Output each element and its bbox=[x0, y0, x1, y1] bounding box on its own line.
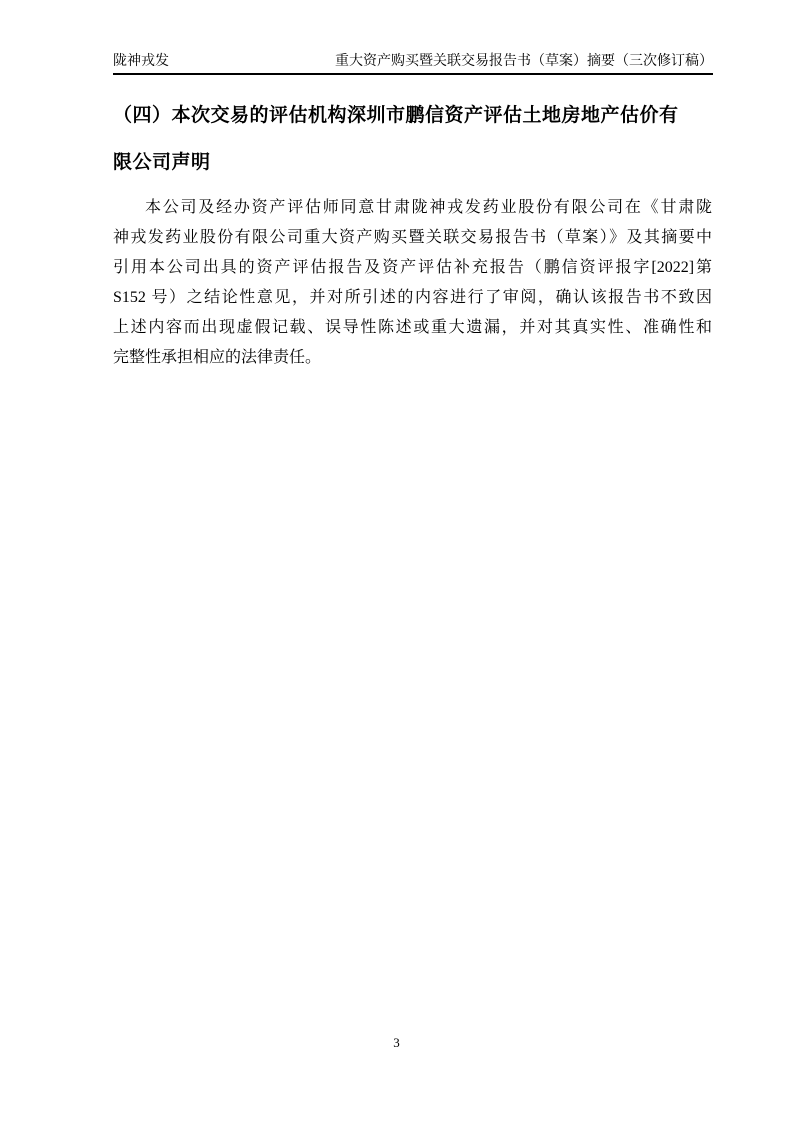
paragraph-line: 引用本公司出具的资产评估报告及资产评估补充报告（鹏信资评报字[2022]第 bbox=[113, 253, 712, 283]
page-number: 3 bbox=[0, 1034, 793, 1052]
section-heading-line: 限公司声明 bbox=[113, 139, 713, 186]
paragraph-line: 神戎发药业股份有限公司重大资产购买暨关联交易报告书（草案）》及其摘要中 bbox=[113, 223, 712, 253]
document-page: 陇神戎发 重大资产购买暨关联交易报告书（草案）摘要（三次修订稿） （四）本次交易… bbox=[0, 0, 793, 1122]
paragraph-line: 上述内容而出现虚假记载、误导性陈述或重大遗漏，并对其真实性、准确性和 bbox=[113, 313, 712, 343]
page-header: 陇神戎发 重大资产购买暨关联交易报告书（草案）摘要（三次修订稿） bbox=[113, 52, 713, 75]
paragraph-line: S152 号）之结论性意见，并对所引述的内容进行了审阅，确认该报告书不致因 bbox=[113, 283, 712, 313]
header-running-title: 重大资产购买暨关联交易报告书（草案）摘要（三次修订稿） bbox=[335, 52, 713, 71]
section-heading-line: （四）本次交易的评估机构深圳市鹏信资产评估土地房地产估价有 bbox=[113, 92, 713, 139]
statement-paragraph: 本公司及经办资产评估师同意甘肃陇神戎发药业股份有限公司在《甘肃陇 神戎发药业股份… bbox=[113, 193, 712, 373]
paragraph-line: 本公司及经办资产评估师同意甘肃陇神戎发药业股份有限公司在《甘肃陇 bbox=[113, 193, 712, 223]
paragraph-line: 完整性承担相应的法律责任。 bbox=[113, 343, 712, 373]
section-heading: （四）本次交易的评估机构深圳市鹏信资产评估土地房地产估价有 限公司声明 bbox=[113, 92, 713, 186]
header-company-name: 陇神戎发 bbox=[113, 52, 169, 71]
